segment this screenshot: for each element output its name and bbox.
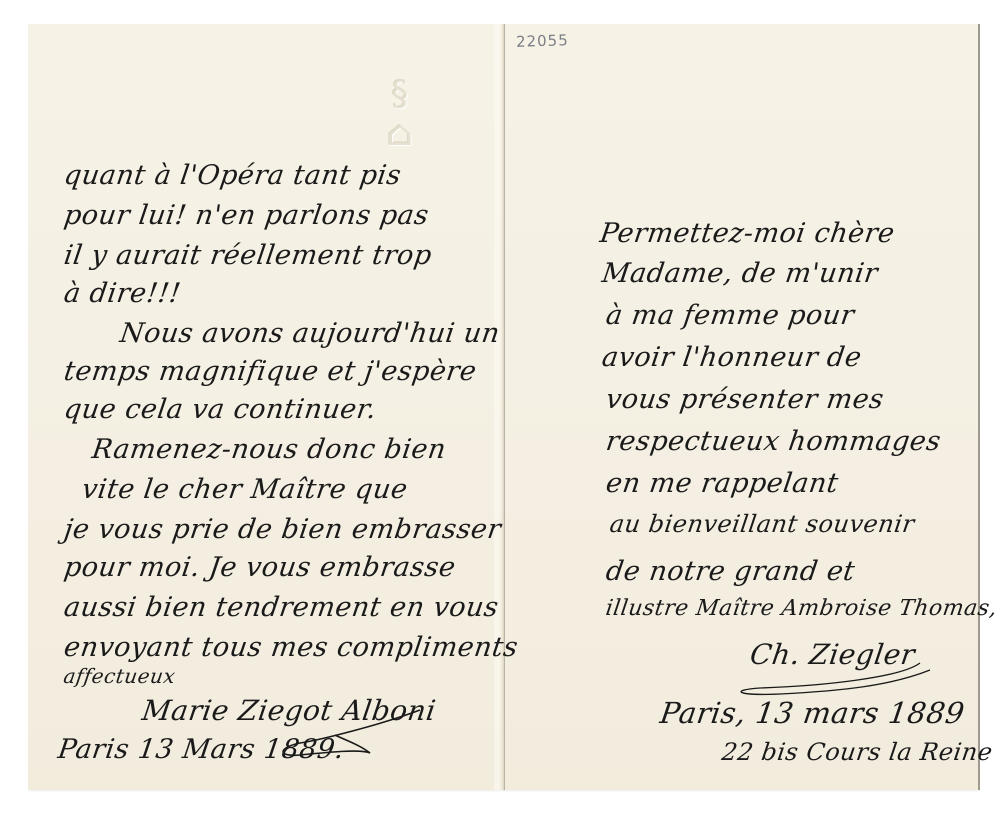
letter-line: Madame, de m'unir (600, 258, 880, 289)
letter-line: à ma femme pour (604, 300, 856, 331)
letter-line: au bienveillant souvenir (608, 510, 916, 538)
place-date-right: Paris, 13 mars 1889 (658, 696, 967, 730)
right-page-text: Permettez-moi chère Madame, de m'unir à … (0, 0, 1000, 819)
address-right: 22 bis Cours la Reine (720, 738, 994, 766)
letter-line: Permettez-moi chère (598, 218, 897, 249)
letter-line: en me rappelant (604, 468, 840, 499)
letter-line: avoir l'honneur de (600, 342, 864, 373)
letter-line: vous présenter mes (604, 384, 886, 415)
letter-line: illustre Maître Ambroise Thomas, (604, 596, 999, 621)
letter-line: de notre grand et (604, 556, 857, 587)
letter-line: respectueux hommages (604, 426, 943, 457)
signature-flourish-icon (720, 658, 940, 698)
